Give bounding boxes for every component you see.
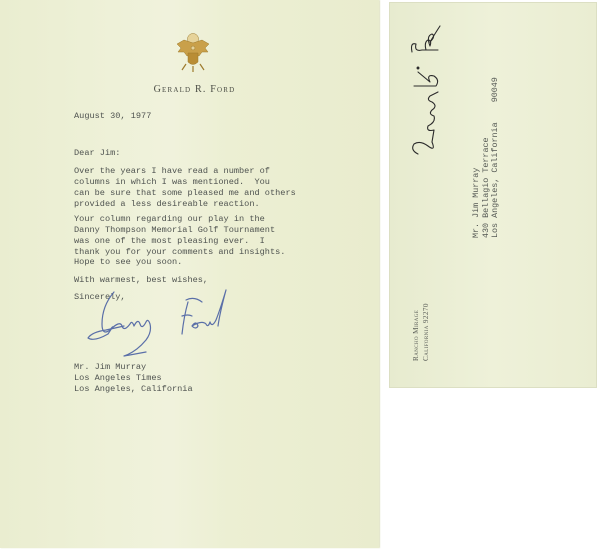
paragraph-1: Over the years I have read a number of c… — [74, 166, 296, 210]
letterhead-name: Gerald R. Ford — [0, 84, 379, 95]
envelope-return-address: Rancho Mirage California 92270 — [412, 303, 431, 361]
presidential-seal-icon — [174, 32, 212, 74]
closing-line-1: Hope to see you soon. — [74, 257, 182, 268]
franking-signature-gerald-r-ford — [406, 22, 448, 162]
closing-line-2: With warmest, best wishes, — [74, 275, 208, 286]
letter-date: August 30, 1977 — [74, 111, 151, 122]
letter-page: Gerald R. Ford August 30, 1977 Dear Jim:… — [0, 0, 379, 548]
envelope-address: Mr. Jim Murray 430 Bellagio Terrace Los … — [472, 77, 501, 238]
recipient-block: Mr. Jim Murray Los Angeles Times Los Ang… — [74, 362, 193, 395]
signature-jerry-ford — [84, 286, 229, 358]
paragraph-2: Your column regarding our play in the Da… — [74, 214, 285, 258]
salutation: Dear Jim: — [74, 148, 120, 159]
